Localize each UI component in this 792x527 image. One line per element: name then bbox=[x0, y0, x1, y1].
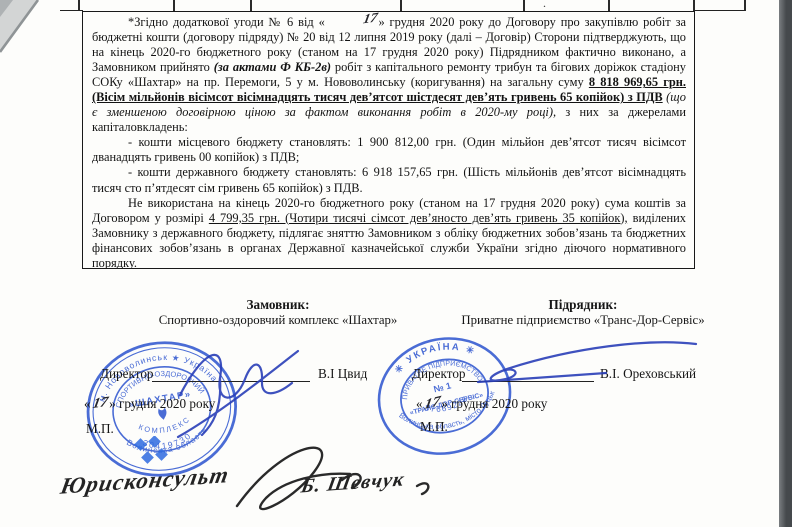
quote-open: « bbox=[416, 396, 423, 411]
note-run-sum-unused: 4 799,35 грн. (Чотири тисячі сімсот дев’… bbox=[209, 211, 628, 225]
scan-dark-edge bbox=[779, 0, 792, 527]
handwritten-day: 17 bbox=[325, 11, 379, 31]
contractor-stamp-number: № 1 bbox=[433, 380, 452, 394]
date-rest: » грудня 2020 року bbox=[109, 396, 215, 411]
note-run: *Згідно додаткової угоди № 6 від « bbox=[128, 15, 325, 29]
table-remnant-line bbox=[608, 0, 610, 11]
note-run-bold-italic: (за актами Ф КБ-2в) bbox=[214, 60, 331, 74]
table-remnant-line bbox=[250, 0, 252, 11]
table-remnant-hline bbox=[60, 10, 83, 11]
contractor-column-header: Підрядник: Приватне підприємство «Транс-… bbox=[428, 297, 738, 328]
customer-date-line: «17» грудня 2020 року bbox=[84, 396, 215, 413]
table-remnant-line bbox=[173, 0, 175, 11]
table-remnant-hline bbox=[694, 10, 745, 11]
customer-seal-mark: М.П. bbox=[86, 421, 114, 437]
note-paragraph-1: *Згідно додаткової угоди № 6 від «17» гр… bbox=[92, 14, 686, 135]
contractor-date-line: «17» грудня 2020 року bbox=[416, 396, 547, 413]
contractor-role-label: Підрядник: bbox=[428, 297, 738, 313]
scanned-document-page: . *Згідно додаткової угоди № 6 від «17» … bbox=[0, 0, 792, 527]
stray-dot: . bbox=[543, 0, 546, 11]
customer-director-label: Директор bbox=[100, 366, 154, 382]
customer-column-header: Замовник: Спортивно-оздоровчий комплекс … bbox=[128, 297, 428, 328]
quote-open: « bbox=[84, 396, 91, 411]
contractor-handwritten-day: 17 bbox=[423, 393, 441, 413]
customer-org-name: Спортивно-оздоровчий комплекс «Шахтар» bbox=[128, 313, 428, 329]
note-paragraph-state-budget: - кошти державного бюджету становлять: 6… bbox=[92, 165, 686, 195]
contract-note-text: *Згідно додаткової угоди № 6 від «17» гр… bbox=[83, 12, 694, 269]
contract-note-box: *Згідно додаткової угоди № 6 від «17» гр… bbox=[82, 11, 695, 269]
table-remnant-line bbox=[523, 0, 525, 11]
customer-role-label: Замовник: bbox=[128, 297, 428, 313]
note-paragraph-local-budget: - кошти місцевого бюджету становлять: 1 … bbox=[92, 135, 686, 165]
page-curl-corner bbox=[0, 0, 44, 58]
contractor-director-signature-ink bbox=[458, 336, 708, 396]
customer-handwritten-day: 17 bbox=[91, 394, 109, 413]
date-rest: » грудня 2020 року bbox=[441, 396, 547, 411]
note-paragraph-unused-funds: Не використана на кінець 2020-го бюджетн… bbox=[92, 196, 686, 269]
table-remnant-line bbox=[400, 0, 402, 11]
